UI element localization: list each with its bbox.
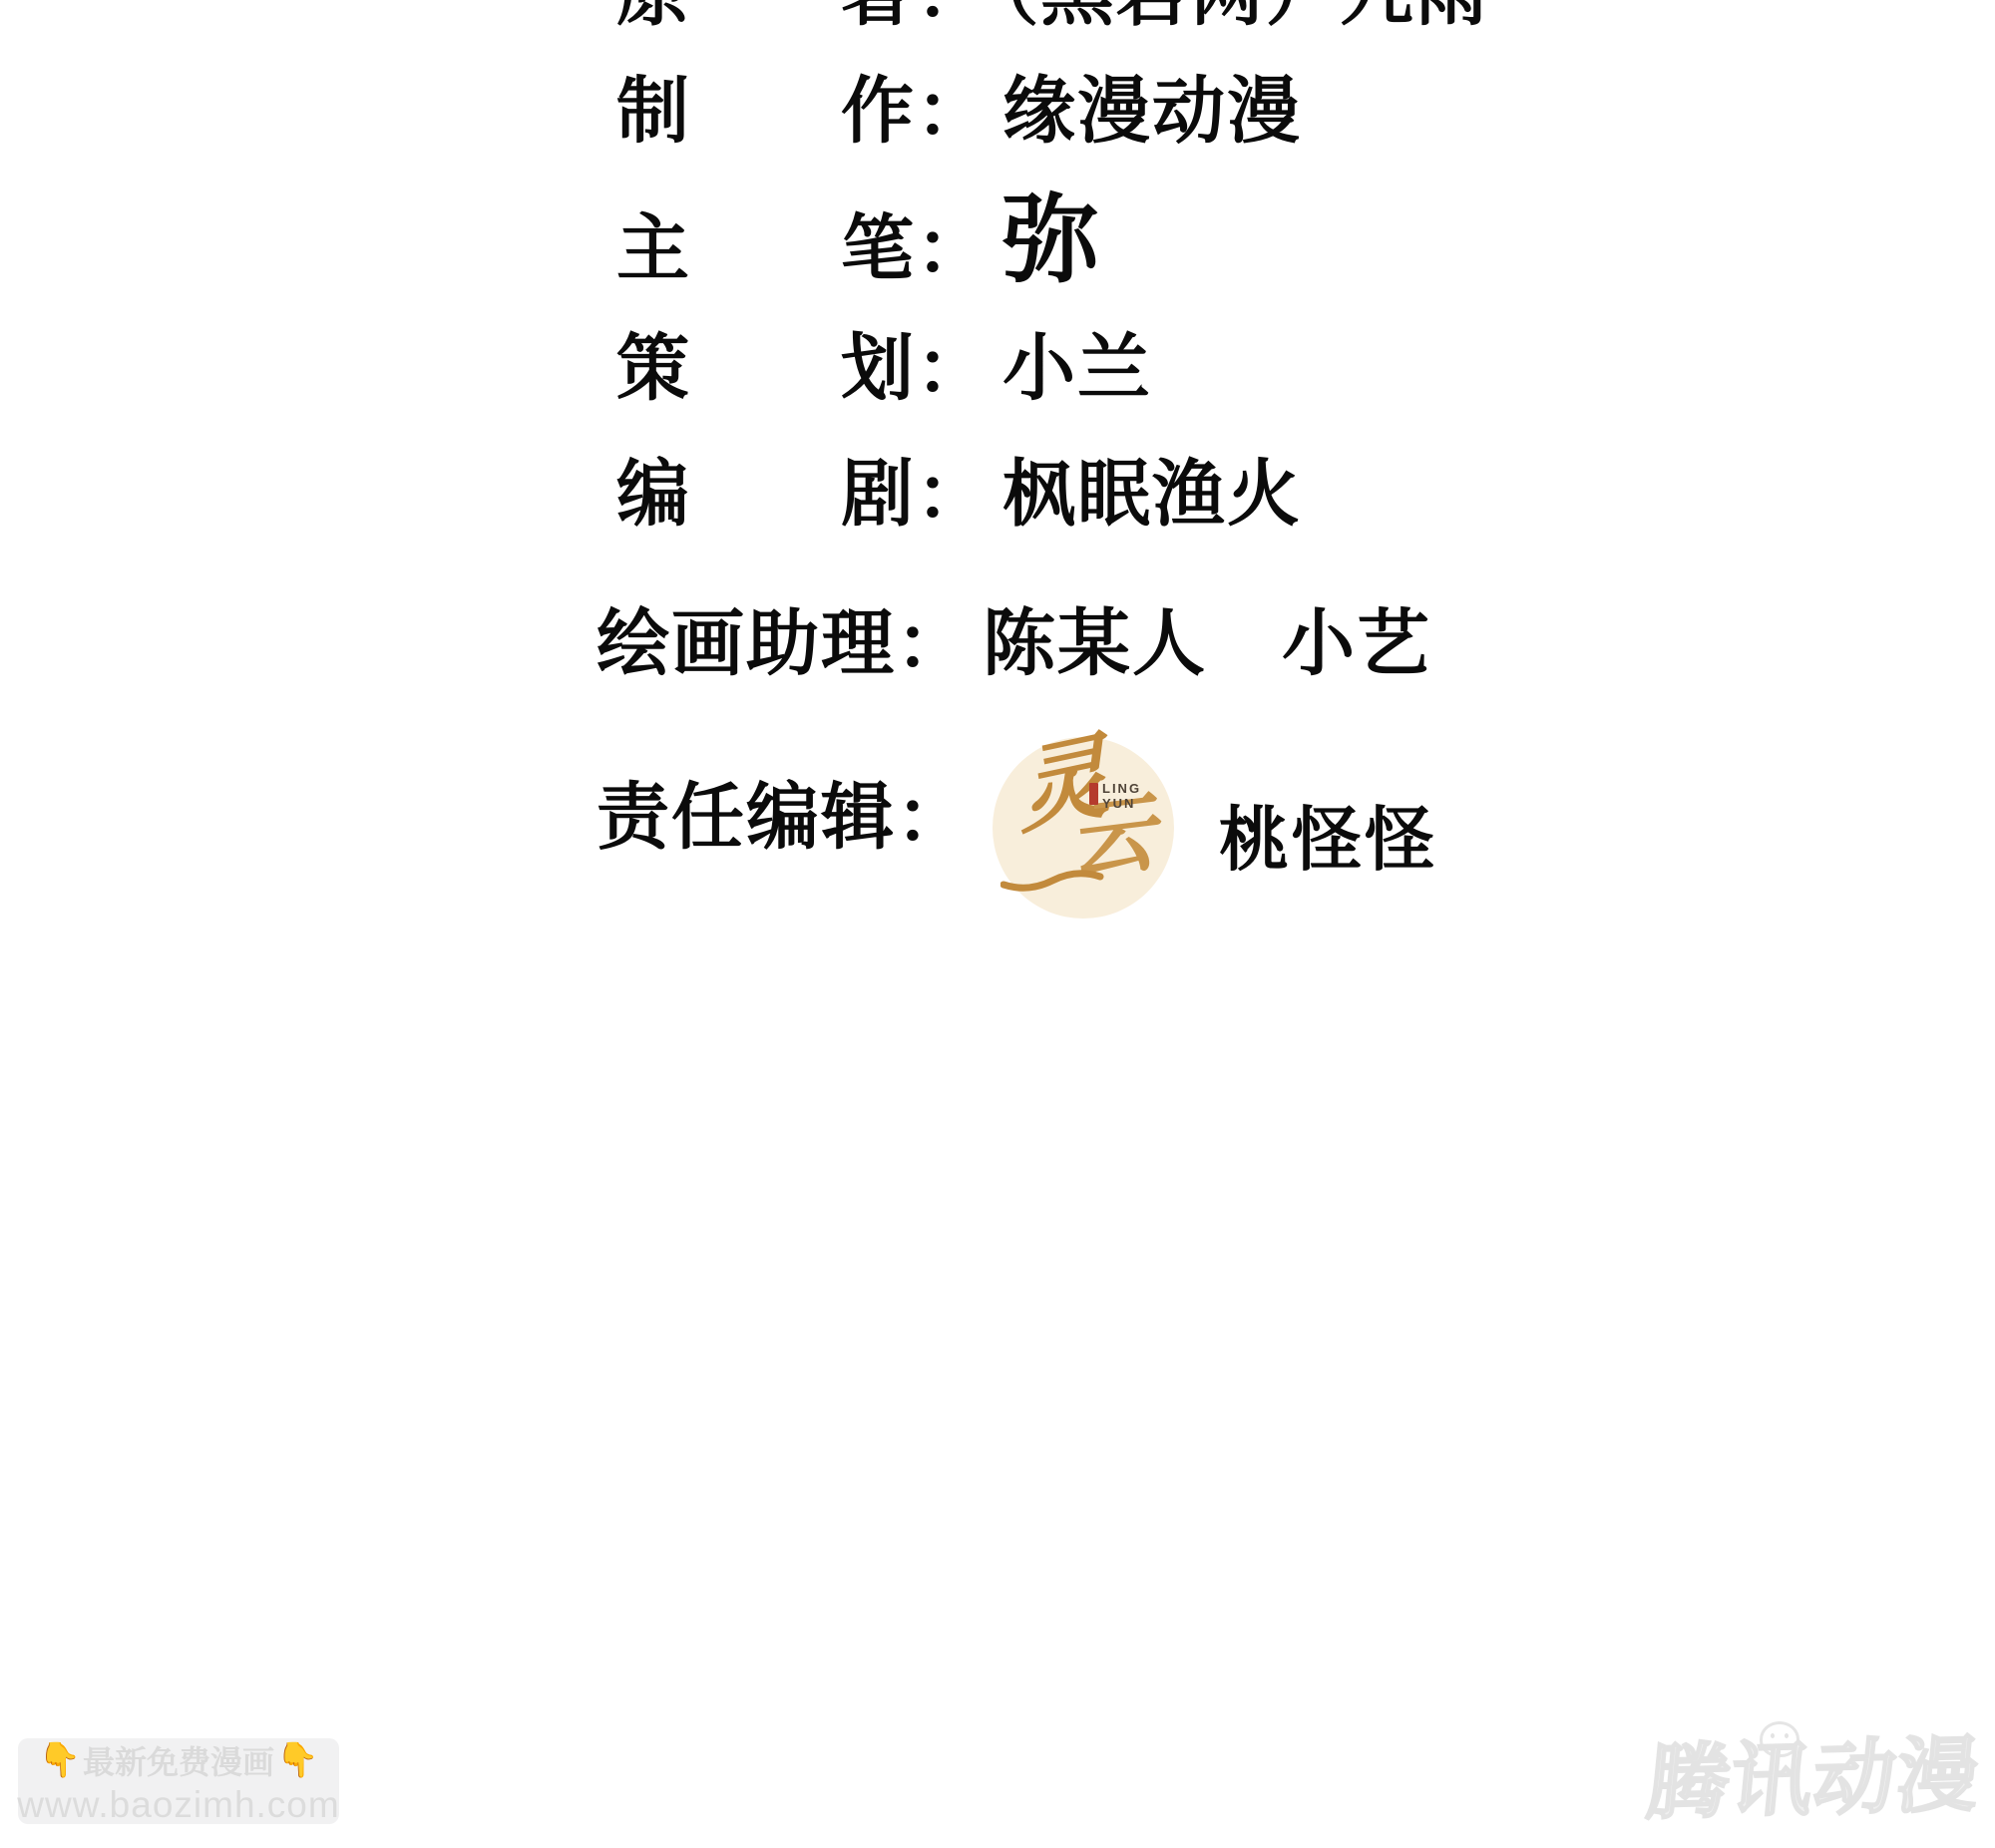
- credit-label: 制 作：: [616, 71, 991, 152]
- credit-row-original-author: 原 著：（黑岩网）九雨: [616, 0, 1490, 34]
- credit-value: 桃怪怪: [1219, 784, 1437, 885]
- red-seal-icon: [1089, 783, 1098, 805]
- lingyun-latin-line1: LING: [1102, 782, 1141, 797]
- baozimh-watermark: 👇 最新免费漫画 👇 www.baozimh.com: [18, 1738, 339, 1824]
- credit-value: （黑岩网）九雨: [1002, 0, 1490, 34]
- tencent-logo-text: 腾讯动漫: [1643, 1733, 1983, 1828]
- credit-row-art-assistants: 绘画助理：陈某人 小艺: [597, 604, 1431, 684]
- lingyun-latin-line2: YUN: [1102, 797, 1141, 812]
- credit-row-lead-artist: 主 笔：弥: [616, 187, 1101, 294]
- credit-label: 编 剧：: [616, 454, 991, 535]
- comic-credits-page: 原 著：（黑岩网）九雨 制 作：缘漫动漫 主 笔：弥 策 划：小兰 编 剧：枫眠…: [0, 0, 1995, 1848]
- credit-value: 弥: [1002, 185, 1101, 294]
- tencent-comics-logo: 腾讯动漫: [1648, 1737, 1979, 1823]
- lingyun-latin-text: LING YUN: [1102, 782, 1141, 812]
- point-down-emoji: 👇: [276, 1740, 318, 1780]
- credit-label: 原 著：: [616, 0, 991, 34]
- credit-label: 策 划：: [616, 328, 991, 409]
- credit-value: 小兰: [1002, 328, 1152, 409]
- credit-row-production: 制 作：缘漫动漫: [616, 72, 1302, 152]
- credit-row-planning: 策 划：小兰: [616, 329, 1152, 409]
- credit-value: 缘漫动漫: [1002, 71, 1302, 152]
- watermark-text: 最新免费漫画: [83, 1737, 274, 1783]
- credit-value: 枫眠渔火: [1002, 454, 1302, 535]
- credit-label: 绘画助理：: [597, 603, 971, 684]
- credit-label: 主 笔：: [616, 208, 991, 289]
- watermark-url: www.baozimh.com: [17, 1784, 339, 1826]
- credit-value: 陈某人 小艺: [983, 603, 1431, 684]
- watermark-headline: 👇 最新免费漫画 👇: [39, 1737, 319, 1783]
- point-down-emoji: 👇: [39, 1740, 81, 1780]
- credit-row-chief-editor: 责任编辑：: [597, 778, 971, 858]
- credit-label: 责任编辑：: [597, 777, 971, 858]
- credit-row-screenwriter: 编 剧：枫眠渔火: [616, 455, 1302, 535]
- lingyun-studio-logo: 灵 云 LING YUN: [993, 737, 1174, 919]
- calligraphy-swoosh-stroke: [1000, 865, 1104, 895]
